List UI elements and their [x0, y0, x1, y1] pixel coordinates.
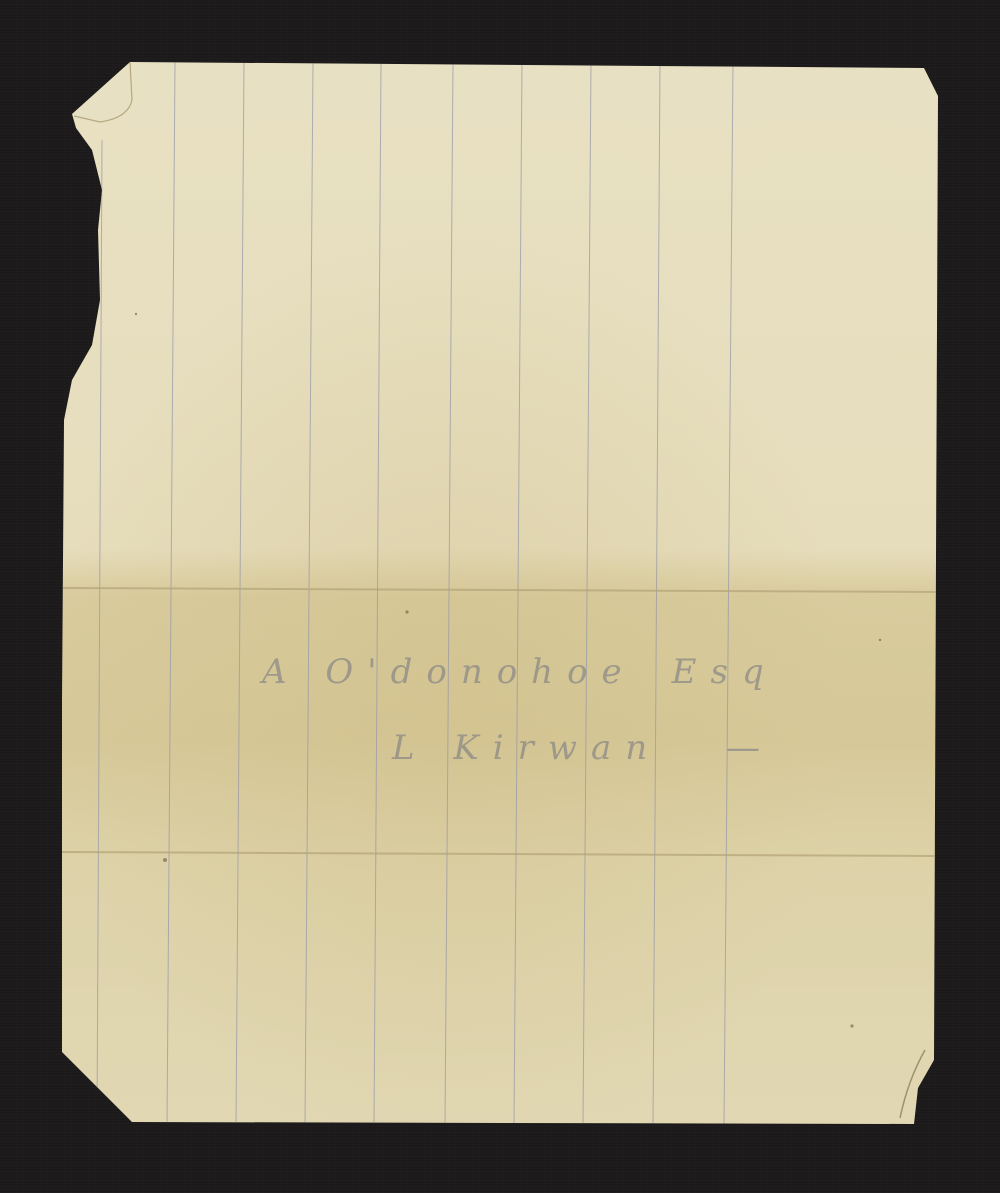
paper-shape [0, 0, 1000, 1193]
addressee-suffix: Esq [672, 652, 778, 692]
sender-line: L Kirwan — [392, 728, 774, 768]
addressee-name: A O'donohoe [262, 652, 636, 692]
sender-name: L Kirwan [392, 728, 661, 768]
trailing-dash: — [726, 728, 774, 768]
paper-sheet: A O'donohoeEsq L Kirwan — [0, 0, 1000, 1193]
addressee-line: A O'donohoeEsq [262, 652, 778, 692]
